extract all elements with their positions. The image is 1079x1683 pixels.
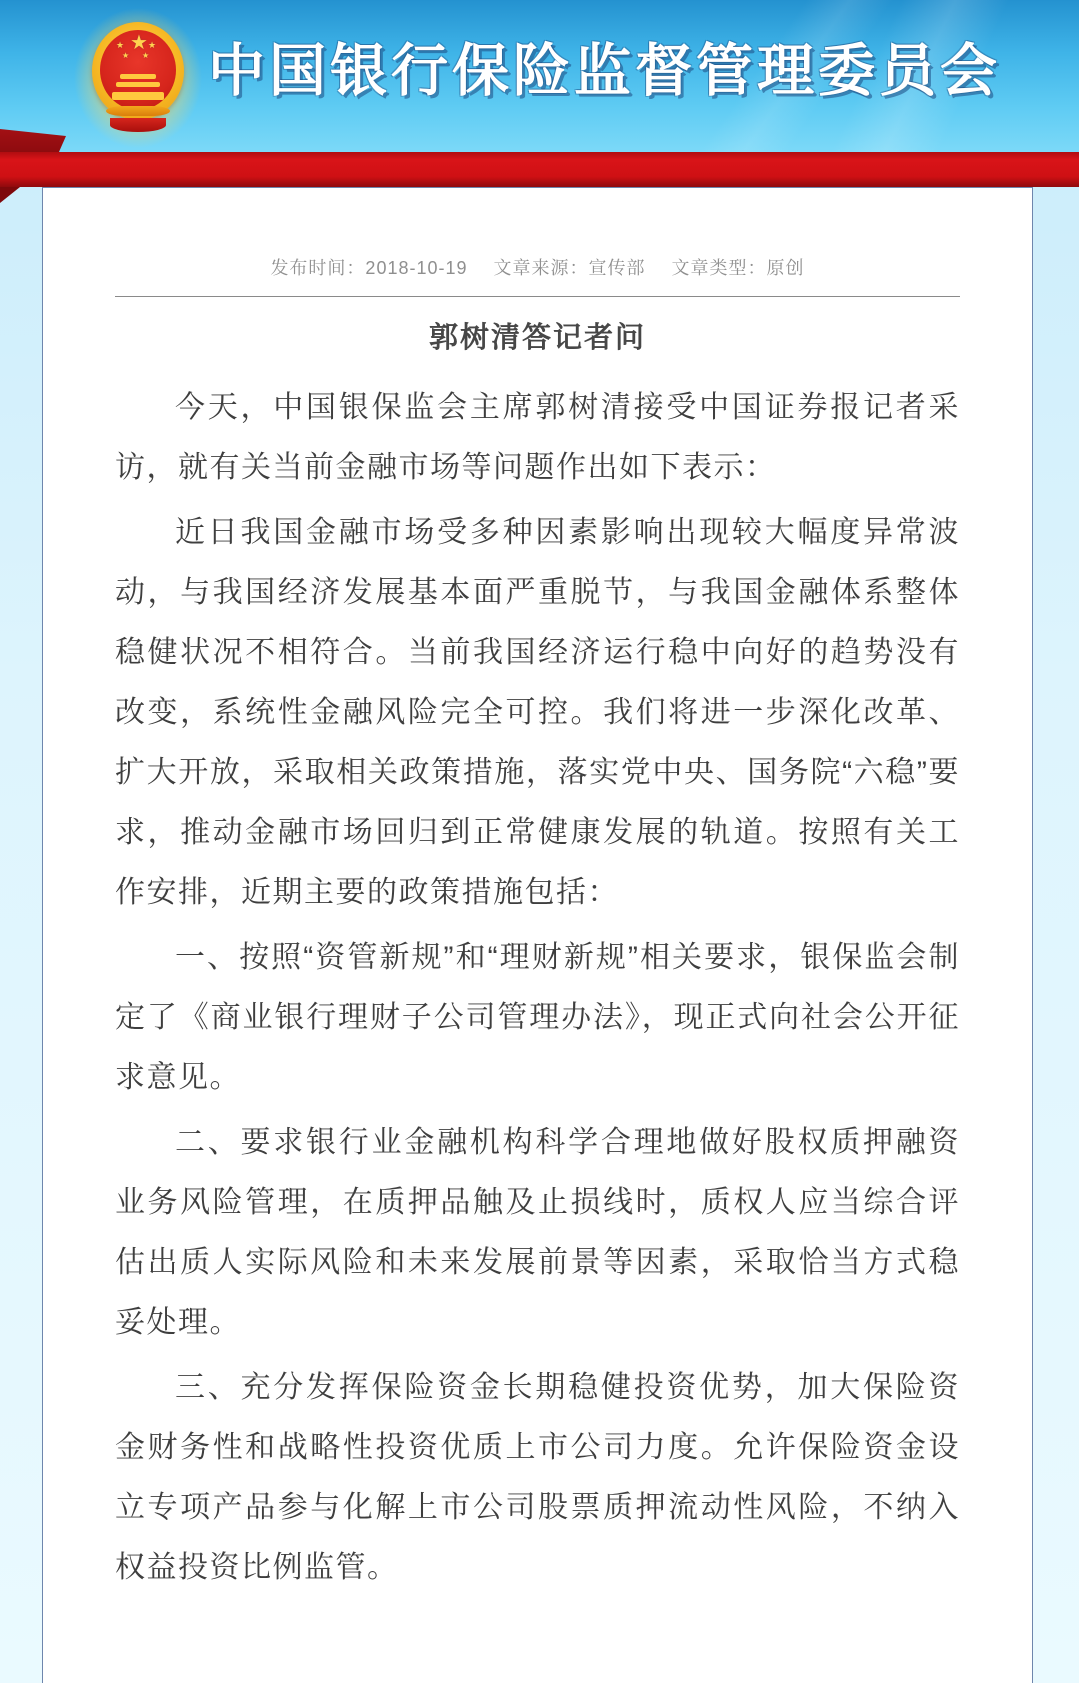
article: 发布时间：2018-10-19 文章来源：宣传部 文章类型：原创 郭树清答记者问… [43,254,1032,1598]
ribbon-tail [0,187,20,203]
site-header: ★ ★ ★ ★ ★ 中国银行保险监督管理委员会 [0,0,1079,152]
site-title: 中国银行保险监督管理委员会 [208,40,1038,103]
paragraph: 今天，中国银保监会主席郭树清接受中国证券报记者采访，就有关当前金融市场等问题作出… [115,378,960,498]
paragraph: 一、按照“资管新规”和“理财新规”相关要求，银保监会制定了《商业银行理财子公司管… [115,928,960,1108]
article-body: 今天，中国银保监会主席郭树清接受中国证券报记者采访，就有关当前金融市场等问题作出… [115,378,960,1598]
paragraph: 三、充分发挥保险资金长期稳健投资优势，加大保险资金财务性和战略性投资优质上市公司… [115,1358,960,1598]
page: { "header": { "site_title": "中国银行保险监督管理委… [0,0,1079,1683]
red-ribbon-banner [0,152,1079,187]
emblem-base [110,118,166,132]
paragraph: 近日我国金融市场受多种因素影响出现较大幅度异常波动，与我国经济发展基本面严重脱节… [115,503,960,923]
article-title: 郭树清答记者问 [115,315,960,356]
paragraph: 二、要求银行业金融机构科学合理地做好股权质押融资业务风险管理，在质押品触及止损线… [115,1113,960,1353]
article-source: 文章来源：宣传部 [494,258,646,278]
article-meta: 发布时间：2018-10-19 文章来源：宣传部 文章类型：原创 [115,254,960,280]
content-panel: 发布时间：2018-10-19 文章来源：宣传部 文章类型：原创 郭树清答记者问… [42,187,1033,1683]
article-type: 文章类型：原创 [672,258,805,278]
meta-divider [115,296,960,297]
publish-date: 发布时间：2018-10-19 [270,258,467,278]
china-national-emblem-icon: ★ ★ ★ ★ ★ [86,18,190,138]
